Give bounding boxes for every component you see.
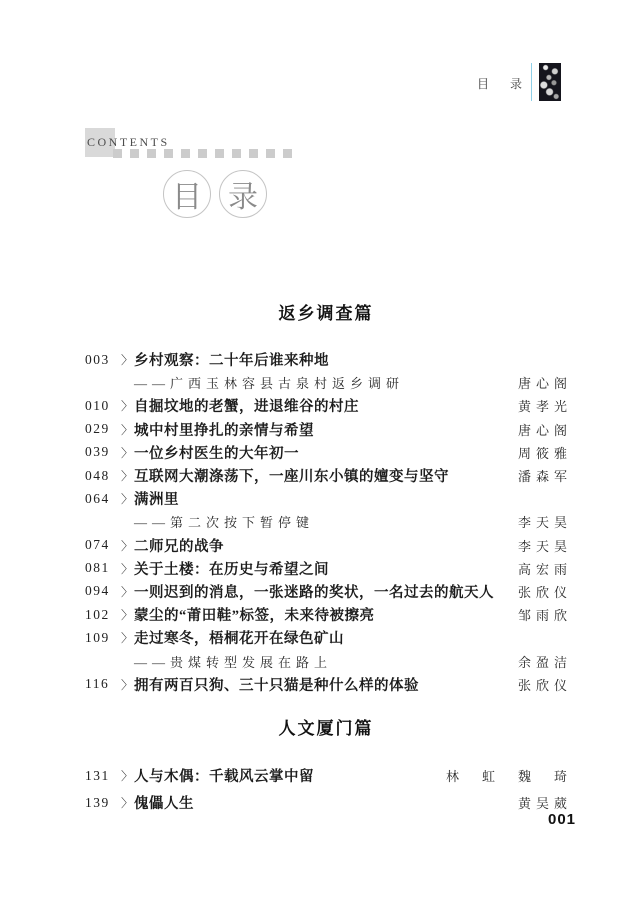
section-heading: 返乡调查篇 [85,302,567,326]
entry-title: 满洲里 [134,488,179,509]
entry-author: 高宏雨 [518,559,572,578]
toc-entry: 081〉关于土楼：在历史与希望之间高宏雨 [85,557,567,580]
page-number: 001 [548,811,576,828]
chevron-right-icon: 〉 [121,794,134,811]
entry-title: 拥有两百只狗、三十只猫是种什么样的体验 [134,674,419,695]
toc-entry: 139〉傀儡人生黄吴葳 [85,789,567,816]
chevron-right-icon: 〉 [121,351,134,368]
chevron-right-icon: 〉 [121,767,134,784]
entry-page-number: 064 [85,491,121,507]
entry-page-number: 048 [85,468,121,484]
entry-title: 互联网大潮涤荡下，一座川东小镇的嬗变与坚守 [134,465,449,486]
chevron-right-icon: 〉 [121,397,134,414]
entry-author: 唐心阁 [518,420,572,439]
entry-page-number: 074 [85,537,121,553]
entry-page-number: 094 [85,583,121,599]
section-entries: 131〉人与木偶：千载风云掌中留林 虹 魏 琦139〉傀儡人生黄吴葳 [85,762,567,816]
entry-page-number: 010 [85,398,121,414]
entry-title: 傀儡人生 [134,792,194,813]
toc-entry: 048〉互联网大潮涤荡下，一座川东小镇的嬗变与坚守潘森军 [85,464,567,487]
toc-page: 目 录 CONTENTS 目 录 返乡调查篇003〉乡村观察：二十年后谁来种地—… [0,0,639,905]
entry-subtitle: ——第二次按下暂停键 [134,512,314,531]
toc-entry-subtitle-row: ——广西玉林容县古泉村返乡调研唐心阁 [85,371,567,394]
entry-author: 李天昊 [518,512,572,531]
entry-page-number: 109 [85,630,121,646]
entry-subtitle: ——广西玉林容县古泉村返乡调研 [134,373,404,392]
toc-entry: 116〉拥有两百只狗、三十只猫是种什么样的体验张欣仪 [85,673,567,696]
entry-author: 李天昊 [518,536,572,555]
entry-title: 二师兄的战争 [134,535,224,556]
entry-title: 城中村里挣扎的亲情与希望 [134,419,314,440]
entry-title: 蒙尘的“莆田鞋”标签，未来待被擦亮 [134,604,375,625]
section-heading: 人文厦门篇 [85,717,567,741]
entry-page-number: 131 [85,768,121,784]
entry-author: 张欣仪 [518,582,572,601]
chevron-right-icon: 〉 [121,583,134,600]
entry-author: 余盈洁 [518,652,572,671]
entry-page-number: 003 [85,352,121,368]
toc-entry-subtitle-row: ——第二次按下暂停键李天昊 [85,510,567,533]
toc-entry: 039〉一位乡村医生的大年初一周筱雅 [85,441,567,464]
entry-author: 张欣仪 [518,675,572,694]
entry-title: 走过寒冬，梧桐花开在绿色矿山 [134,627,344,648]
chevron-right-icon: 〉 [121,444,134,461]
entry-page-number: 081 [85,560,121,576]
toc-entry: 064〉满洲里 [85,487,567,510]
toc-entry: 131〉人与木偶：千载风云掌中留林 虹 魏 琦 [85,762,567,789]
entry-title: 自掘坟地的老蟹，进退维谷的村庄 [134,395,359,416]
entry-page-number: 029 [85,421,121,437]
chevron-right-icon: 〉 [121,560,134,577]
toc-entry: 003〉乡村观察：二十年后谁来种地 [85,348,567,371]
entry-page-number: 116 [85,676,121,692]
toc-entry: 109〉走过寒冬，梧桐花开在绿色矿山 [85,626,567,649]
toc-entry-subtitle-row: ——贵煤转型发展在路上余盈洁 [85,649,567,672]
toc-entry: 074〉二师兄的战争李天昊 [85,534,567,557]
toc-body: 返乡调查篇003〉乡村观察：二十年后谁来种地——广西玉林容县古泉村返乡调研唐心阁… [85,0,567,905]
entry-title: 一则迟到的消息，一张迷路的奖状，一名过去的航天人 [134,581,494,602]
chevron-right-icon: 〉 [121,606,134,623]
chevron-right-icon: 〉 [121,490,134,507]
entry-title: 关于土楼：在历史与希望之间 [134,558,329,579]
chevron-right-icon: 〉 [121,421,134,438]
entry-author: 周筱雅 [518,443,572,462]
toc-entry: 094〉一则迟到的消息，一张迷路的奖状，一名过去的航天人张欣仪 [85,580,567,603]
entry-title: 乡村观察：二十年后谁来种地 [134,349,329,370]
entry-author: 黄孝光 [518,396,572,415]
chevron-right-icon: 〉 [121,676,134,693]
entry-author: 邹雨欣 [518,605,572,624]
entry-author: 黄吴葳 [518,793,572,812]
toc-entry: 029〉城中村里挣扎的亲情与希望唐心阁 [85,418,567,441]
entry-author: 潘森军 [518,466,572,485]
entry-author: 唐心阁 [518,373,572,392]
chevron-right-icon: 〉 [121,629,134,646]
entry-page-number: 039 [85,444,121,460]
toc-entry: 010〉自掘坟地的老蟹，进退维谷的村庄黄孝光 [85,394,567,417]
entry-title: 人与木偶：千载风云掌中留 [134,765,314,786]
section-entries: 003〉乡村观察：二十年后谁来种地——广西玉林容县古泉村返乡调研唐心阁010〉自… [85,348,567,696]
entry-page-number: 102 [85,607,121,623]
entry-page-number: 139 [85,795,121,811]
entry-subtitle: ——贵煤转型发展在路上 [134,652,332,671]
entry-title: 一位乡村医生的大年初一 [134,442,299,463]
chevron-right-icon: 〉 [121,537,134,554]
entry-author: 林 虹 魏 琦 [446,766,572,785]
chevron-right-icon: 〉 [121,467,134,484]
toc-entry: 102〉蒙尘的“莆田鞋”标签，未来待被擦亮邹雨欣 [85,603,567,626]
